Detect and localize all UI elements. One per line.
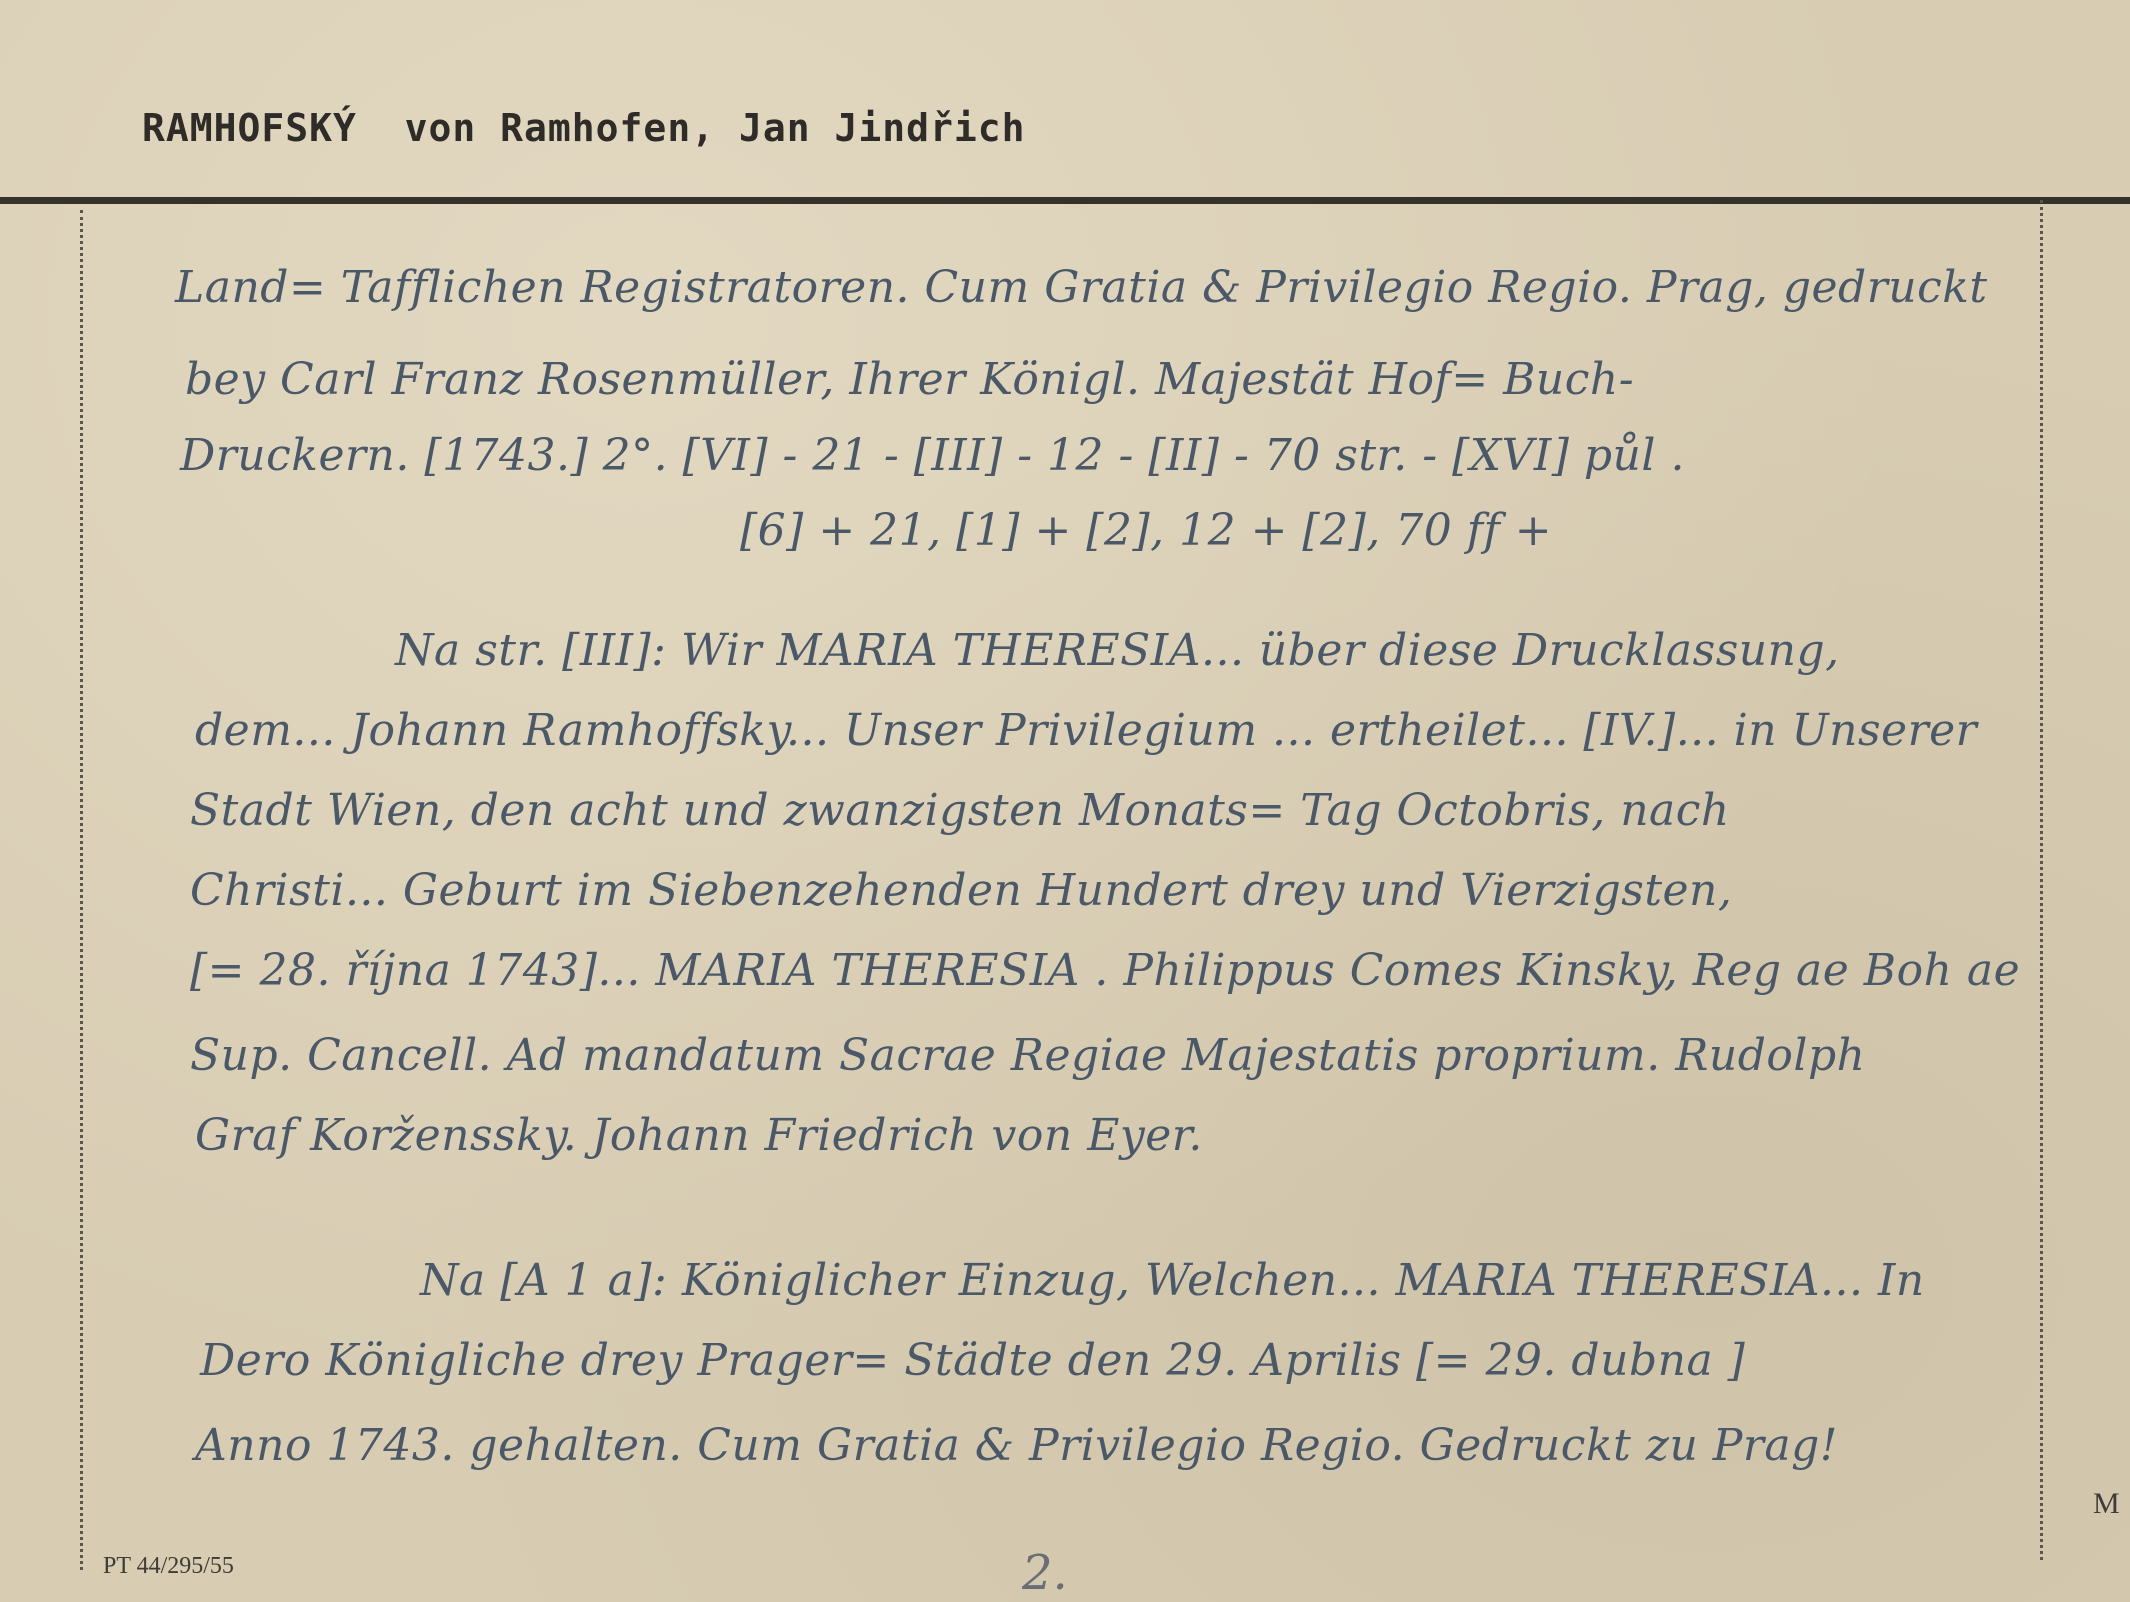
para2-line6: Sup. Cancell. Ad mandatum Sacrae Regiae … xyxy=(190,1030,1865,1081)
para3-line2: Dero Königliche drey Prager= Städte den … xyxy=(200,1335,1745,1386)
right-margin-dotted-line xyxy=(2040,200,2043,1560)
left-margin-dotted-line xyxy=(80,210,83,1570)
para2-line2: dem... Johann Ramhoffsky... Unser Privil… xyxy=(195,705,1977,756)
card-heading: RAMHOFSKÝ von Ramhofen, Jan Jindřich xyxy=(142,106,1025,150)
margin-marker: M xyxy=(2093,1487,2120,1521)
para3-line1: Na [A 1 a]: Königlicher Einzug, Welchen.… xyxy=(420,1255,1925,1306)
page-number: 2. xyxy=(1022,1545,1068,1601)
para1-line2: bey Carl Franz Rosenmüller, Ihrer Königl… xyxy=(185,354,1634,405)
para1-line2-text: bey Carl Franz Rosenmüller, Ihrer Königl… xyxy=(185,354,1634,405)
shelf-code: PT 44/295/55 xyxy=(103,1553,234,1580)
heading-rule xyxy=(0,197,2130,204)
para2-line1: Na str. [III]: Wir MARIA THERESIA... übe… xyxy=(395,625,1840,676)
para1-collation: [6] + 21, [1] + [2], 12 + [2], 70 ff + xyxy=(740,505,1552,556)
para2-line4: Christi... Geburt im Siebenzehenden Hund… xyxy=(190,865,1732,916)
para2-line3: Stadt Wien, den acht und zwanzigsten Mon… xyxy=(190,785,1730,836)
para3-line3: Anno 1743. gehalten. Cum Gratia & Privil… xyxy=(195,1420,1838,1471)
para2-line5: [= 28. října 1743]... MARIA THERESIA . P… xyxy=(190,945,2020,996)
catalog-card: RAMHOFSKÝ von Ramhofen, Jan Jindřich Lan… xyxy=(0,0,2130,1602)
para1-line3: Druckern. [1743.] 2°. [VI] - 21 - [III] … xyxy=(180,430,1685,481)
para2-line7: Graf Korženssky. Johann Friedrich von Ey… xyxy=(195,1110,1203,1161)
para1-line1: Land= Tafflichen Registratoren. Cum Grat… xyxy=(175,262,1988,313)
